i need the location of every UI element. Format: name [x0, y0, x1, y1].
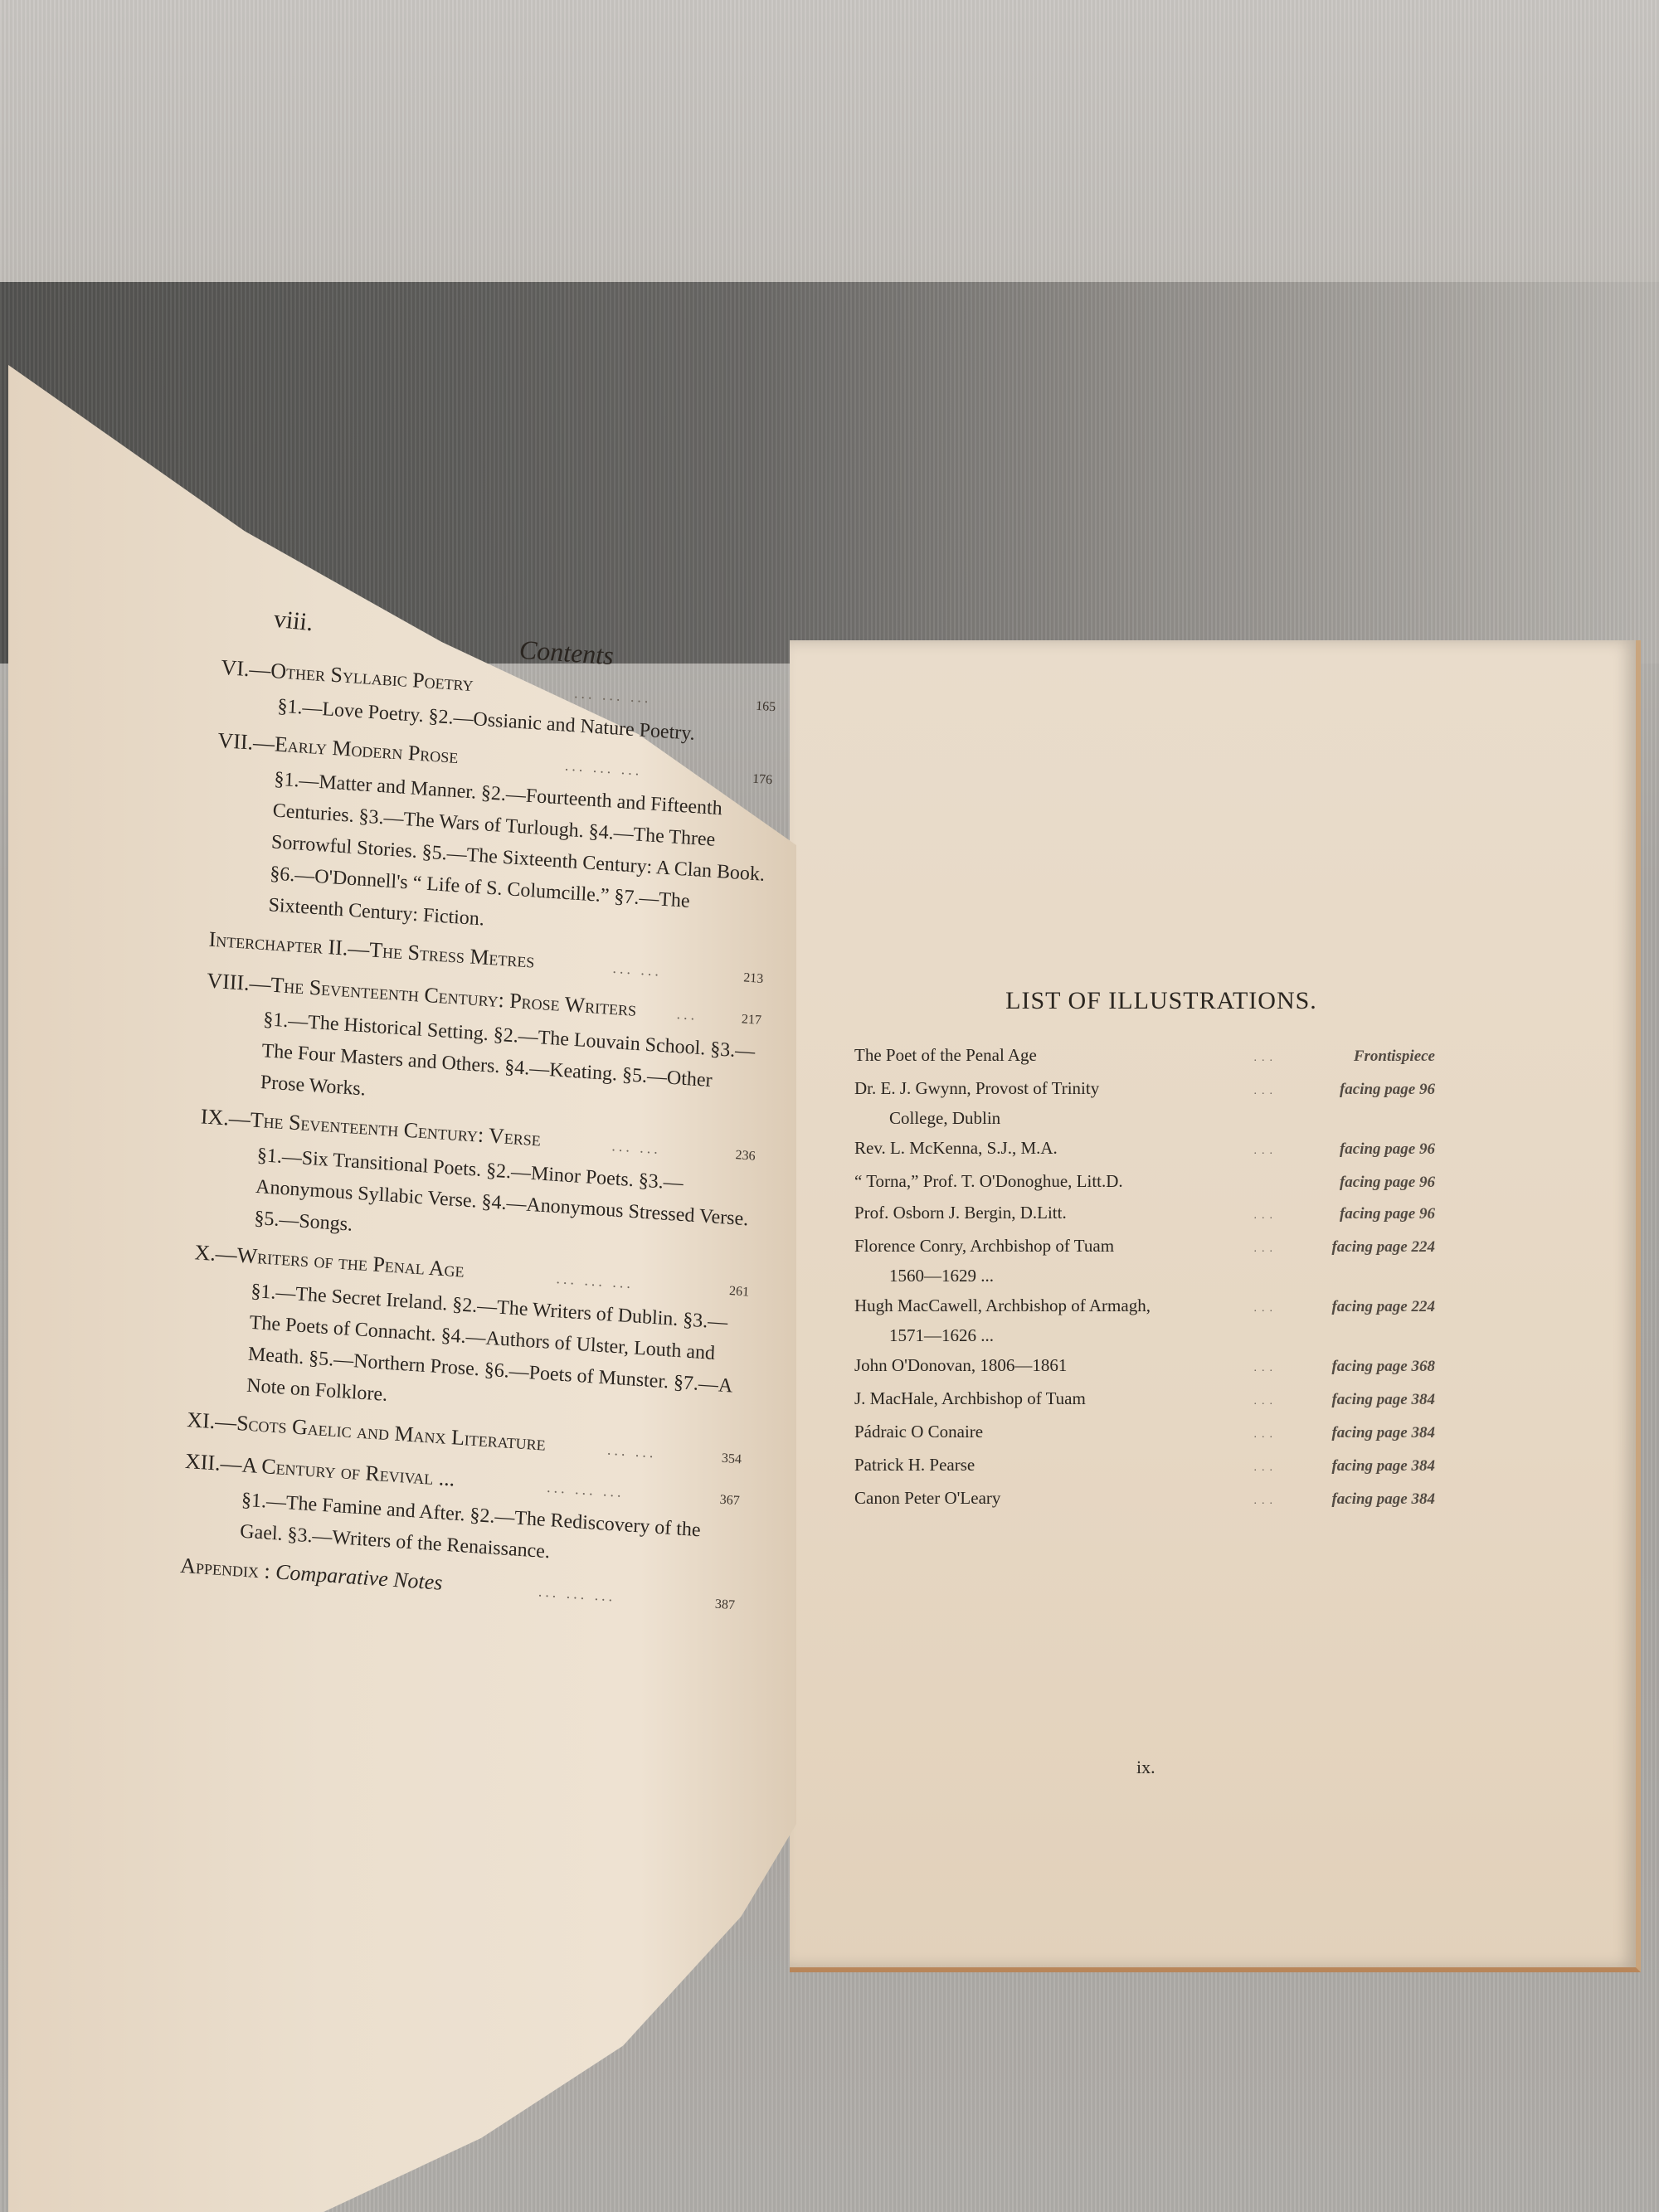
illustrations-list: LIST OF ILLUSTRATIONS. The Poet of the P…: [854, 987, 1435, 1516]
illustration-name: Canon Peter O'Leary: [854, 1483, 1246, 1513]
page-reference: facing page 96: [1286, 1199, 1435, 1229]
list-item: Canon Peter O'Leary...facing page 384: [854, 1483, 1435, 1516]
leader-dots: ... ... ...: [564, 750, 643, 786]
illustration-name: Rev. L. McKenna, S.J., M.A.: [854, 1133, 1246, 1163]
leader-dots: ... ... ...: [546, 1471, 625, 1508]
name-text: Canon Peter O'Leary: [854, 1488, 1000, 1508]
leader-dots: ... ...: [611, 1130, 662, 1164]
page-number: 354: [718, 1443, 742, 1476]
name-text: The Poet of the Penal Age: [854, 1045, 1037, 1065]
page-number: 165: [752, 690, 776, 723]
name-continuation: 1571—1626 ...: [854, 1320, 1246, 1350]
name-text: J. MacHale, Archbishop of Tuam: [854, 1388, 1086, 1408]
illustration-name: J. MacHale, Archbishop of Tuam: [854, 1383, 1246, 1413]
leader-dots: ...: [1254, 1043, 1278, 1073]
page-reference: Frontispiece: [1286, 1042, 1435, 1072]
illustration-name: Dr. E. J. Gwynn, Provost of TrinityColle…: [854, 1073, 1246, 1133]
page-reference: facing page 224: [1286, 1232, 1435, 1262]
illustration-name: “ Torna,” Prof. T. O'Donoghue, Litt.D.: [854, 1166, 1269, 1196]
list-item: “ Torna,” Prof. T. O'Donoghue, Litt.D.fa…: [854, 1166, 1435, 1198]
list-item: Florence Conry, Archbishop of Tuam1560—1…: [854, 1231, 1435, 1291]
page-reference: facing page 368: [1286, 1352, 1435, 1382]
name-continuation: College, Dublin: [854, 1103, 1246, 1133]
name-text: Florence Conry, Archbishop of Tuam: [854, 1236, 1114, 1256]
illustration-name: John O'Donovan, 1806—1861: [854, 1350, 1246, 1380]
name-continuation: 1560—1629 ...: [854, 1261, 1246, 1291]
page-number: 261: [725, 1276, 750, 1309]
leader-dots: ... ... ...: [556, 1262, 635, 1299]
leader-dots: ... ... ...: [573, 677, 652, 713]
toc-title: Appendix :: [180, 1553, 271, 1583]
leader-dots: ...: [1254, 1420, 1278, 1450]
leader-dots: ...: [1254, 1453, 1278, 1483]
page-reference: facing page 384: [1286, 1418, 1435, 1448]
page-reference: facing page 224: [1286, 1292, 1435, 1322]
leader-dots: ...: [1254, 1136, 1278, 1166]
name-text: Dr. E. J. Gwynn, Provost of Trinity: [854, 1078, 1099, 1098]
illustration-name: Patrick H. Pearse: [854, 1450, 1246, 1480]
illustration-name: Prof. Osborn J. Bergin, D.Litt.: [854, 1198, 1246, 1228]
page-number: 236: [732, 1140, 757, 1173]
page-number: 213: [739, 962, 764, 995]
toc-entry: X.—Writers of the Penal Age... ... ...26…: [188, 1237, 750, 1434]
leader-dots: ... ... ...: [538, 1575, 616, 1612]
name-text: Pádraic O Conaire: [854, 1422, 983, 1441]
page-reference: facing page 96: [1286, 1075, 1435, 1105]
leader-dots: ...: [1254, 1354, 1278, 1383]
leader-dots: ...: [1254, 1294, 1278, 1324]
list-item: Dr. E. J. Gwynn, Provost of TrinityColle…: [854, 1073, 1435, 1133]
leader-dots: ... ...: [612, 952, 663, 987]
name-text: Hugh MacCawell, Archbishop of Armagh,: [854, 1296, 1151, 1315]
list-item: Patrick H. Pearse...facing page 384: [854, 1450, 1435, 1483]
list-item: John O'Donovan, 1806—1861...facing page …: [854, 1350, 1435, 1383]
contents-list: Contents VI.—Other Syllabic Poetry... ..…: [179, 605, 778, 1621]
list-item: J. MacHale, Archbishop of Tuam...facing …: [854, 1383, 1435, 1417]
leader-dots: ...: [1254, 1387, 1278, 1417]
illustration-name: Pádraic O Conaire: [854, 1417, 1246, 1446]
name-text: Patrick H. Pearse: [854, 1455, 975, 1475]
leader-dots: ... ...: [606, 1434, 657, 1469]
page-reference: facing page 384: [1286, 1451, 1435, 1481]
illustration-name: Florence Conry, Archbishop of Tuam1560—1…: [854, 1231, 1246, 1291]
toc-title-italic: Comparative Notes: [275, 1559, 443, 1594]
leader-dots: ...: [1254, 1201, 1278, 1231]
leader-dots: ...: [1254, 1234, 1278, 1264]
name-text: “ Torna,” Prof. T. O'Donoghue, Litt.D.: [854, 1171, 1123, 1191]
page-number: 387: [711, 1588, 736, 1621]
list-item: Pádraic O Conaire...facing page 384: [854, 1417, 1435, 1450]
right-folio: ix.: [1136, 1757, 1155, 1778]
page-reference: facing page 96: [1286, 1168, 1435, 1198]
name-text: John O'Donovan, 1806—1861: [854, 1355, 1067, 1375]
page-reference: facing page 384: [1286, 1385, 1435, 1415]
leader-dots: ...: [676, 998, 698, 1031]
illustration-name: The Poet of the Penal Age: [854, 1040, 1246, 1070]
list-item: Prof. Osborn J. Bergin, D.Litt....facing…: [854, 1198, 1435, 1231]
leader-dots: ...: [1254, 1486, 1278, 1516]
name-text: Prof. Osborn J. Bergin, D.Litt.: [854, 1203, 1067, 1223]
page-number: 217: [737, 1004, 762, 1037]
list-item: Rev. L. McKenna, S.J., M.A....facing pag…: [854, 1133, 1435, 1166]
toc-entry: VII.—Early Modern Prose... ... ...176 §1…: [210, 725, 773, 954]
list-item: The Poet of the Penal Age...Frontispiece: [854, 1040, 1435, 1073]
leader-dots: ...: [1254, 1077, 1278, 1106]
page-number: 176: [748, 763, 773, 796]
name-text: Rev. L. McKenna, S.J., M.A.: [854, 1138, 1058, 1158]
list-item: Hugh MacCawell, Archbishop of Armagh,157…: [854, 1291, 1435, 1350]
illustration-name: Hugh MacCawell, Archbishop of Armagh,157…: [854, 1291, 1246, 1350]
page-number: 367: [716, 1485, 741, 1518]
page-reference: facing page 96: [1286, 1135, 1435, 1164]
list-title: LIST OF ILLUSTRATIONS.: [888, 987, 1435, 1015]
page-reference: facing page 384: [1286, 1485, 1435, 1514]
